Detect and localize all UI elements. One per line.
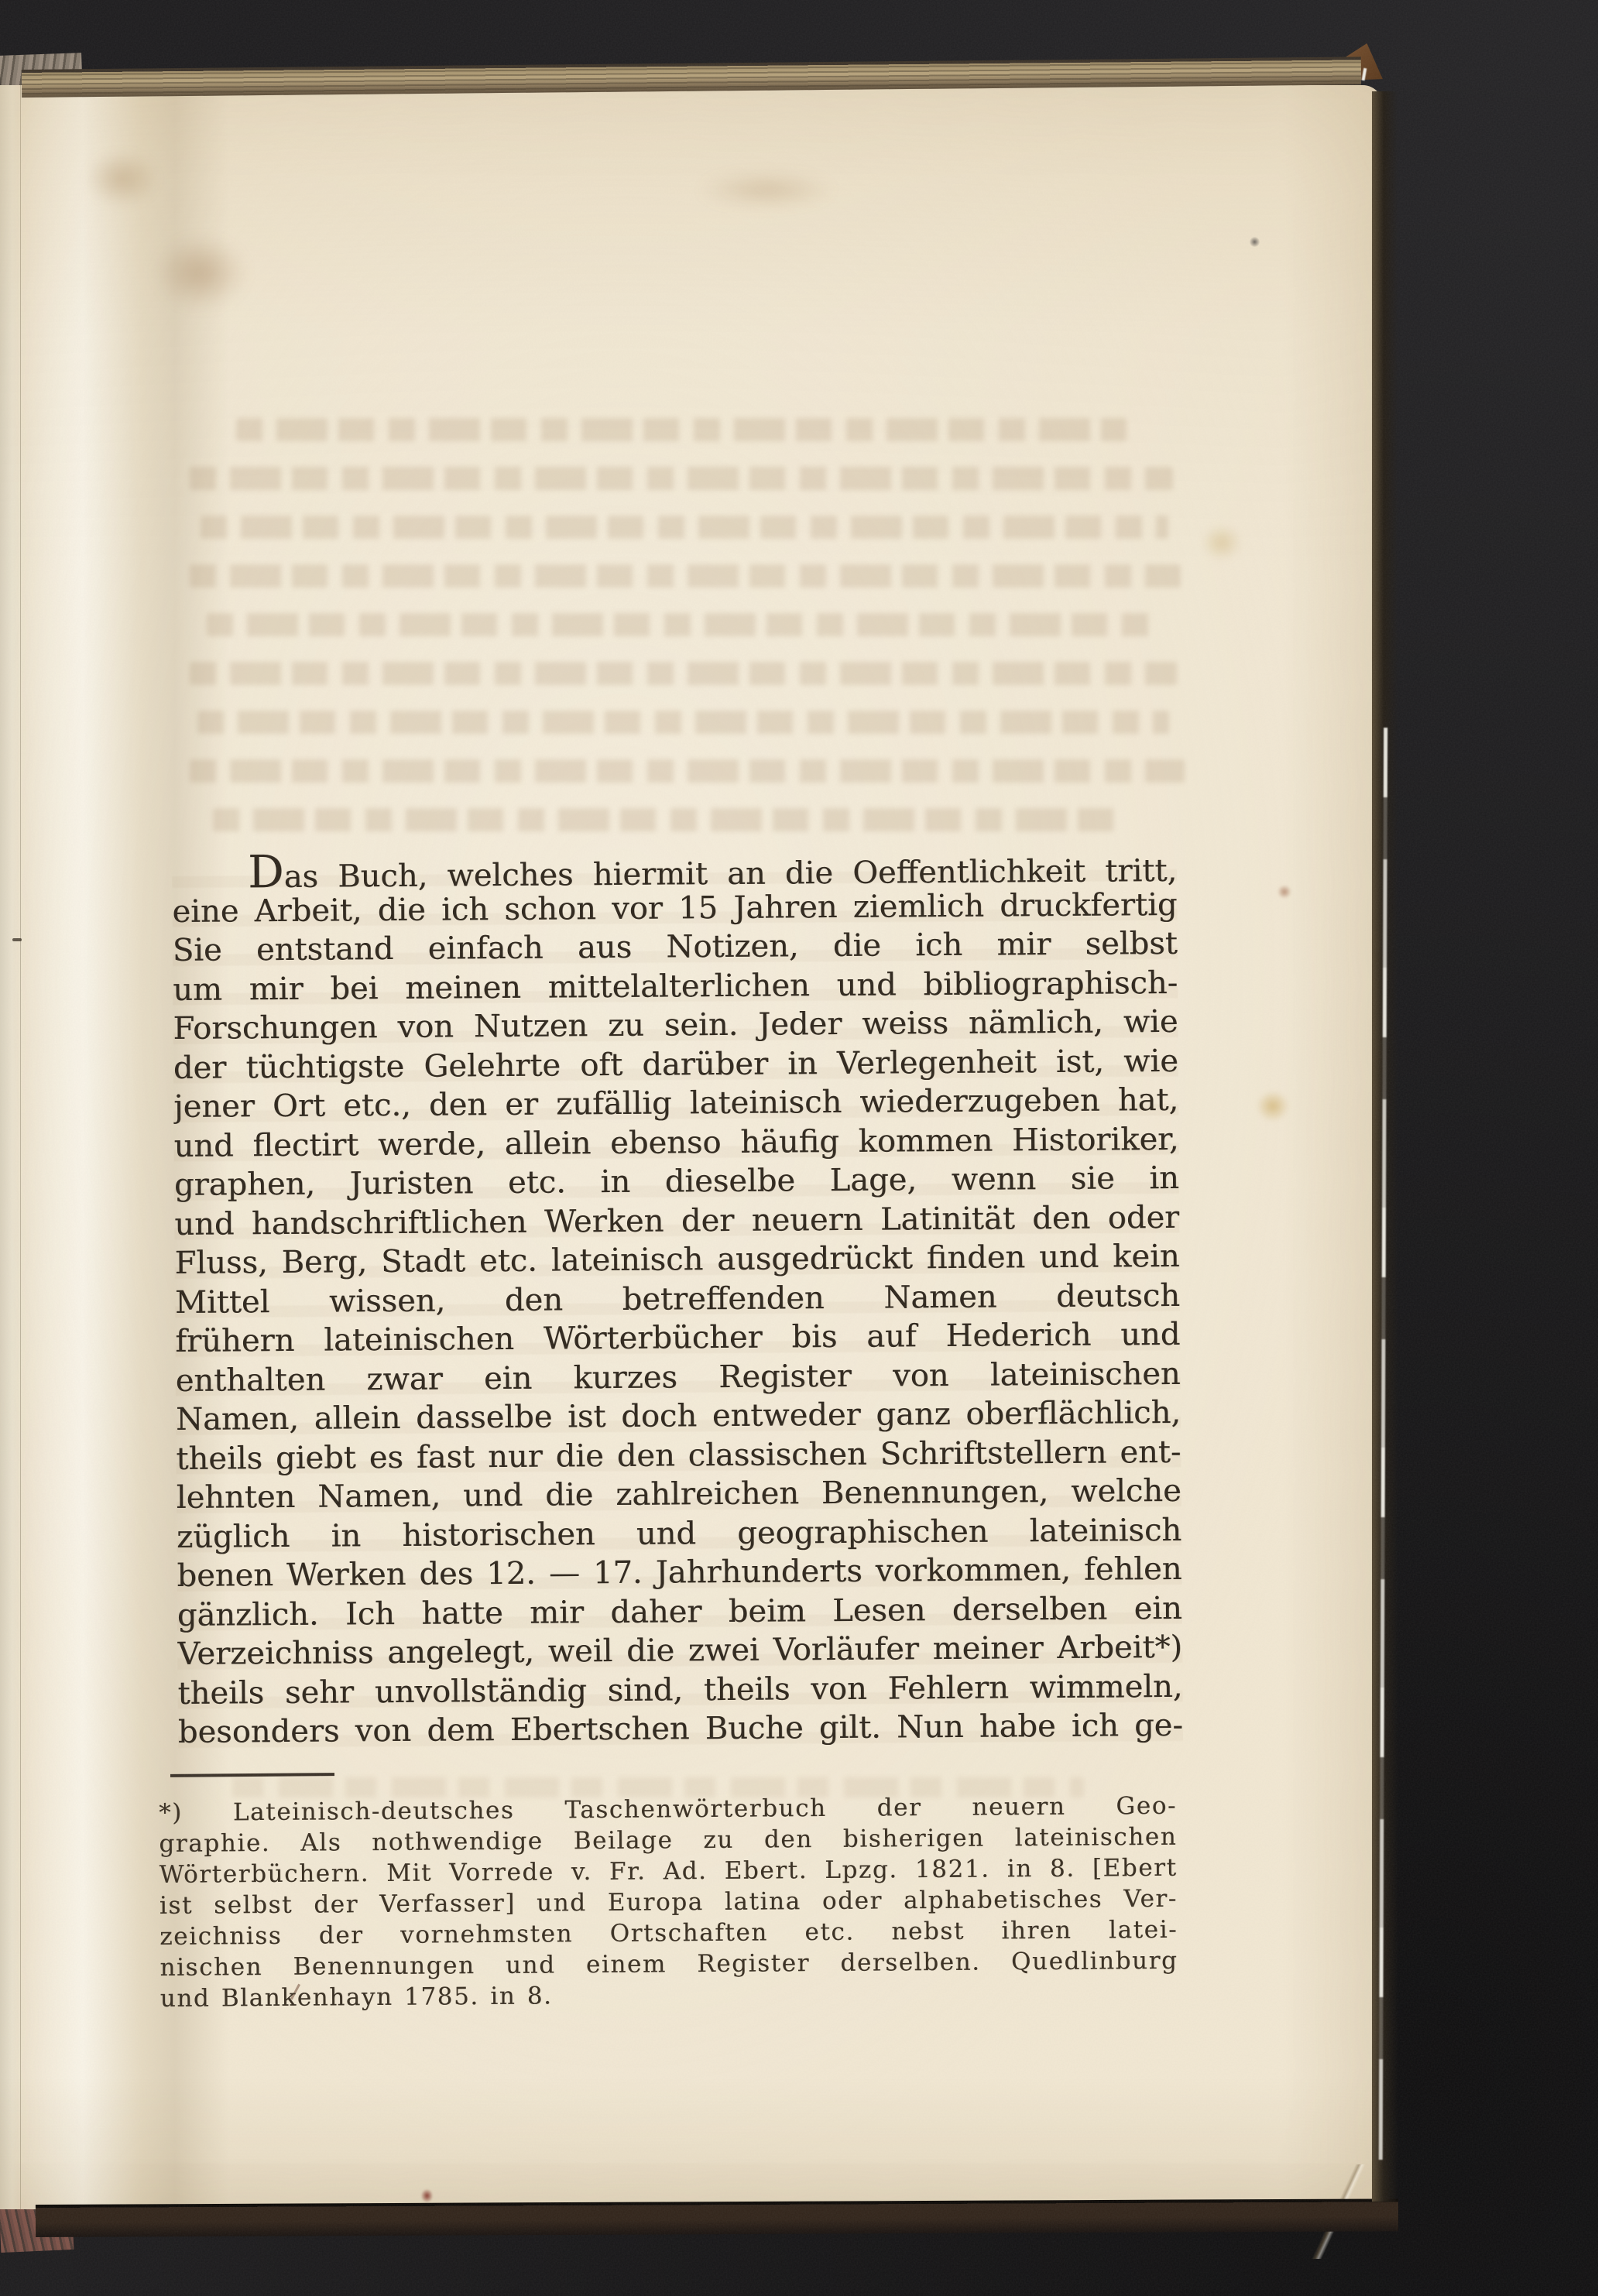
page-stack-left-edge bbox=[0, 85, 21, 2209]
paragraph-line: Forschungen von Nutzen zu sein. Jeder we… bbox=[173, 1002, 1178, 1049]
paragraph-line: und flectirt werde, allein ebenso häufig… bbox=[173, 1119, 1178, 1166]
book-page: Das Buch, welches hiermit an die Oeffent… bbox=[0, 85, 1383, 2209]
paragraph-line: Namen, allein dasselbe ist doch entweder… bbox=[176, 1393, 1181, 1440]
stain bbox=[1256, 1090, 1290, 1122]
ghost-text-line bbox=[213, 808, 1126, 831]
ghost-text-line bbox=[190, 467, 1173, 490]
ghost-text-line bbox=[201, 516, 1168, 539]
bleedthrough-text-area bbox=[190, 418, 1188, 867]
ghost-text-line bbox=[197, 711, 1169, 734]
paragraph-line: Mittel wissen, den betreffenden Namen de… bbox=[175, 1276, 1180, 1322]
paragraph-line: eine Arbeit, die ich schon vor 15 Jahren… bbox=[172, 885, 1177, 931]
scanned-book-photograph: Das Buch, welches hiermit an die Oeffent… bbox=[0, 0, 1598, 2296]
paragraph-line: gänzlich. Ich hatte mir daher beim Lesen… bbox=[177, 1588, 1182, 1635]
stain bbox=[1202, 525, 1242, 560]
stain bbox=[1277, 886, 1291, 898]
main-paragraph: Das Buch, welches hiermit an die Oeffent… bbox=[172, 846, 1183, 1753]
paragraph-line: graphen, Juristen etc. in dieselbe Lage,… bbox=[174, 1159, 1179, 1205]
ghost-text-line bbox=[190, 662, 1177, 685]
paragraph-line: um mir bei meinen mittelalterlichen und … bbox=[173, 963, 1178, 1009]
stain bbox=[1250, 237, 1260, 247]
paragraph-line: Fluss, Berg, Stadt etc. lateinisch ausge… bbox=[175, 1237, 1180, 1283]
paragraph-line: besonders von dem Ebertschen Buche gilt.… bbox=[178, 1706, 1183, 1753]
paragraph-line: theils sehr unvollständig sind, theils v… bbox=[177, 1667, 1182, 1713]
footnote-block: *) Lateinisch-deutsches Taschenwörterbuc… bbox=[159, 1791, 1178, 2014]
paragraph-line: Verzeichniss angelegt, weil die zwei Vor… bbox=[177, 1628, 1182, 1674]
paragraph-line: lehnten Namen, und die zahlreichen Benen… bbox=[177, 1472, 1181, 1518]
ink-speck bbox=[12, 938, 22, 941]
ghost-text-line bbox=[236, 418, 1126, 441]
ghost-text-line bbox=[190, 759, 1185, 783]
paragraph-line: und handschriftlichen Werken der neuern … bbox=[174, 1198, 1179, 1244]
ghost-text-line bbox=[207, 613, 1159, 636]
footnote-line: und Blankenhayn 1785. in 8. bbox=[160, 1976, 1178, 2014]
paragraph-line: frühern lateinischen Wörterbücher bis au… bbox=[175, 1315, 1180, 1362]
page-stack-bottom-edge bbox=[36, 2198, 1398, 2237]
initial-capital: D bbox=[248, 846, 284, 893]
paragraph-line: enthalten zwar ein kurzes Register von l… bbox=[176, 1354, 1181, 1400]
paragraph-line: der tüchtigste Gelehrte oft darüber in V… bbox=[173, 1041, 1178, 1088]
paragraph-line: züglich in historischen und geographisch… bbox=[177, 1510, 1181, 1557]
stain bbox=[697, 172, 836, 207]
paragraph-first-line: Das Buch, welches hiermit an die Oeffent… bbox=[172, 846, 1177, 893]
paragraph-line: theils giebt es fast nur die den classis… bbox=[176, 1432, 1181, 1479]
paragraph-line: benen Werken des 12. — 17. Jahrhunderts … bbox=[177, 1550, 1181, 1596]
ghost-text-line bbox=[190, 564, 1181, 588]
stain bbox=[421, 2189, 433, 2202]
paragraph-line: Sie entstand einfach aus Notizen, die ic… bbox=[173, 924, 1178, 971]
paragraph-line: jener Ort etc., den er zufällig lateinis… bbox=[173, 1081, 1178, 1127]
